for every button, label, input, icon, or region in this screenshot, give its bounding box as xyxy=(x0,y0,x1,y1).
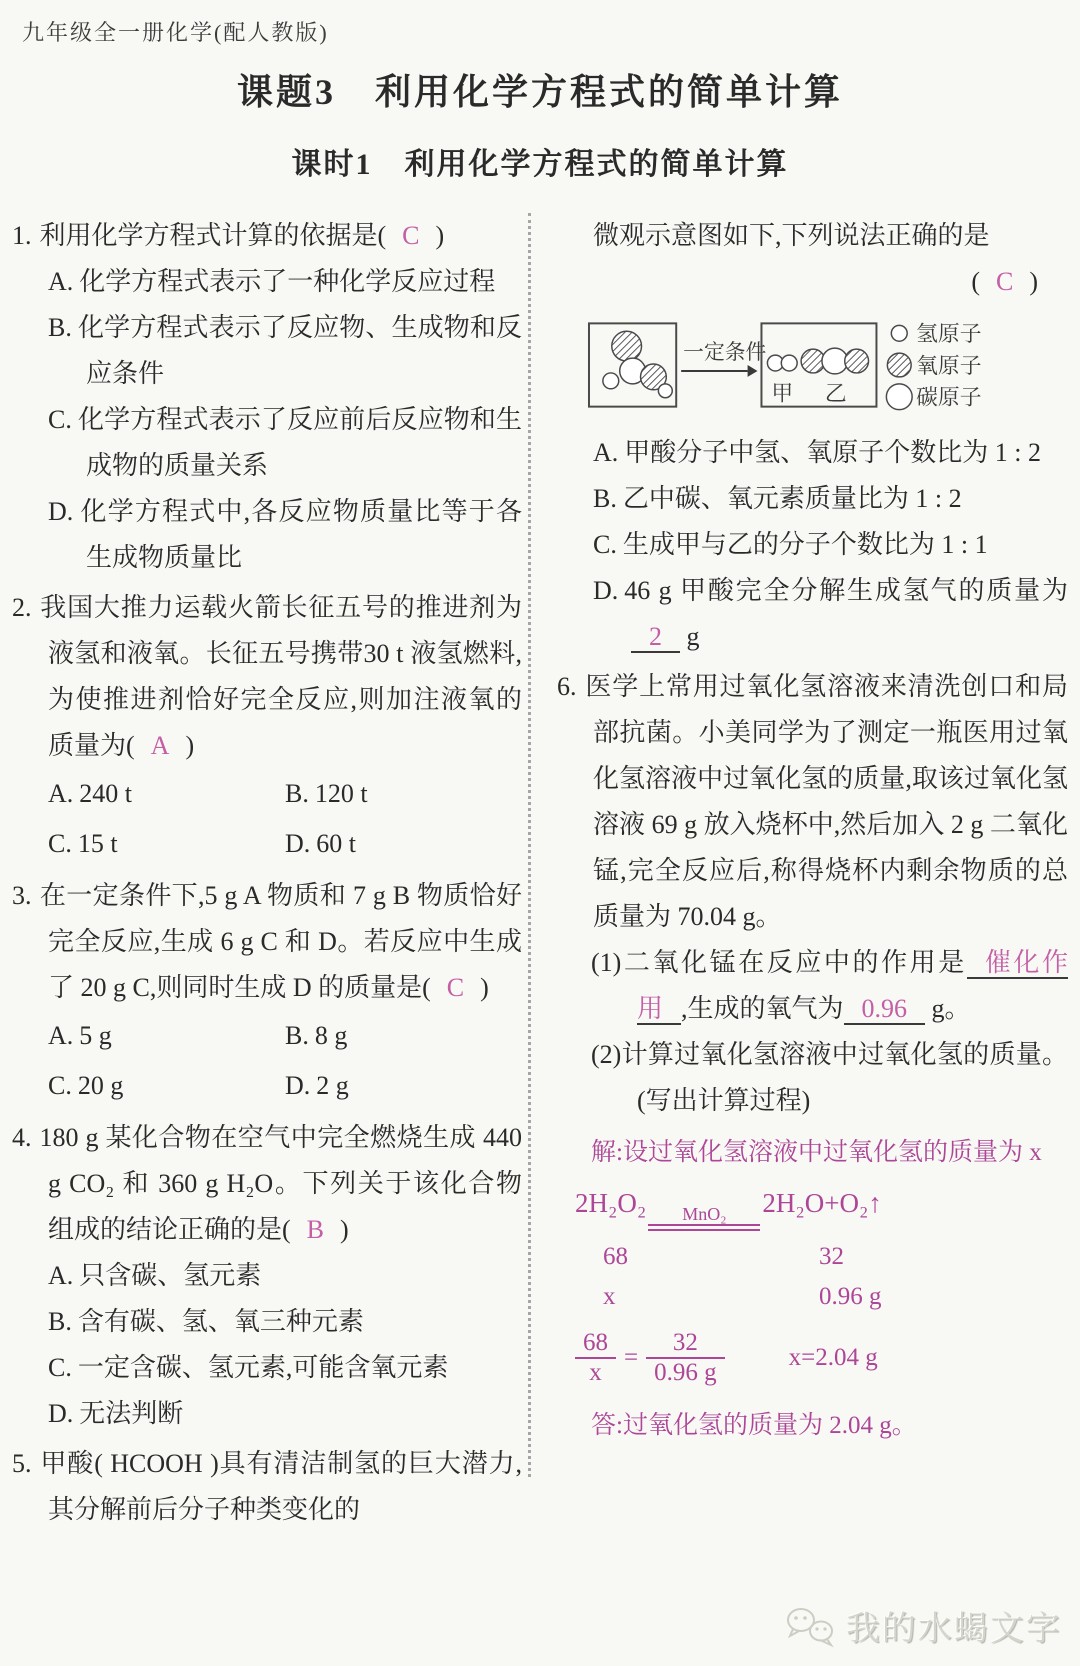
question-5-left-part: 5.甲酸( HCOOH )具有清洁制氢的巨大潜力,其分解前后分子种类变化的 xyxy=(12,1441,522,1533)
option-c: C.15 t xyxy=(48,819,285,869)
label-jia: 甲 xyxy=(771,382,793,406)
option-b: B.化学方程式表示了反应物、生成物和反应条件 xyxy=(48,305,522,397)
question-2: 2.我国大推力运载火箭长征五号的推进剂为液氢和液氧。长征五号携带30 t 液氢燃… xyxy=(12,585,522,869)
option-a: A.只含碳、氢元素 xyxy=(48,1253,522,1299)
hydrogen-atom-icon xyxy=(891,325,907,341)
label-yi: 乙 xyxy=(825,382,847,406)
solved-result: x=2.04 g xyxy=(789,1344,878,1372)
equals-sign: = xyxy=(624,1344,638,1372)
question-3-stem: 3.在一定条件下,5 g A 物质和 7 g B 物质恰好完全反应,生成 6 g… xyxy=(12,873,522,1011)
question-number: 6. xyxy=(557,672,585,701)
question-5-right-part: 微观示意图如下,下列说法正确的是 (C) xyxy=(557,213,1068,660)
part-text: (1)二氧化锰在反应中的作用是 xyxy=(591,948,967,977)
option-label: A. xyxy=(48,779,79,808)
option-text: 化学方程式表示了反应前后反应物和生成物的质量关系 xyxy=(78,405,522,480)
option-text-after: g xyxy=(687,622,700,651)
option-grid: A.240 t B.120 t C.15 t D.60 t xyxy=(48,769,522,869)
answer-letter: C xyxy=(431,973,480,1002)
option-text: 60 t xyxy=(316,829,356,858)
part-text: g。 xyxy=(932,994,971,1023)
option-label: D. xyxy=(593,576,624,605)
reactant-molecule-box xyxy=(589,323,676,406)
numerator: 32 xyxy=(646,1329,725,1359)
question-5-stem: 5.甲酸( HCOOH )具有清洁制氢的巨大潜力,其分解前后分子种类变化的 xyxy=(12,1441,522,1533)
question-2-stem: 2.我国大推力运载火箭长征五号的推进剂为液氢和液氧。长征五号携带30 t 液氢燃… xyxy=(12,585,522,769)
paren-open: ( xyxy=(971,267,980,296)
question-5-stem-continuation: 微观示意图如下,下列说法正确的是 xyxy=(593,213,1068,259)
option-label: C. xyxy=(48,405,78,434)
lesson-title: 课题3 利用化学方程式的简单计算 xyxy=(0,64,1080,115)
question-6-part-1: (1)二氧化锰在反应中的作用是催化作用,生成的氧气为0.96 g。 xyxy=(591,940,1068,1032)
option-grid: A.5 g B.8 g C.20 g D.2 g xyxy=(48,1011,522,1111)
book-edition-header: 九年级全一册化学(配人教版) xyxy=(22,16,329,47)
option-d: D.化学方程式中,各反应物质量比等于各生成物质量比 xyxy=(48,489,522,581)
option-label: B. xyxy=(48,313,78,342)
carbon-atom-icon xyxy=(886,384,912,410)
option-text: 甲酸分子中氢、氧原子个数比为 1 : 2 xyxy=(624,438,1041,467)
option-a: A.5 g xyxy=(48,1011,285,1061)
proportion-row: 68x = 320.96 g x=2.04 g xyxy=(575,1329,1068,1387)
option-text: 一定含碳、氢元素,可能含氧元素 xyxy=(78,1353,449,1382)
right-column: 微观示意图如下,下列说法正确的是 (C) xyxy=(531,213,1080,1537)
option-b: B.乙中碳、氧元素质量比为 1 : 2 xyxy=(593,476,1068,522)
molar-mass-row: 6832 xyxy=(603,1243,1068,1271)
unknown-under-reactant: x xyxy=(603,1283,819,1311)
option-text: 2 g xyxy=(316,1071,349,1100)
option-label: B. xyxy=(285,779,315,808)
stem-text: 利用化学方程式计算的依据是( xyxy=(40,221,387,250)
double-equals-line xyxy=(648,1224,760,1231)
reaction-micro-diagram: 一定条件 甲 乙 xyxy=(587,313,1068,424)
option-label: A. xyxy=(48,1261,79,1290)
mass-under-product: 32 xyxy=(819,1243,844,1271)
option-a: A.240 t xyxy=(48,769,285,819)
option-label: A. xyxy=(48,1021,79,1050)
answer-blank: 2 xyxy=(631,622,680,653)
two-column-layout: 1.利用化学方程式计算的依据是(C) A.化学方程式表示了一种化学反应过程 B.… xyxy=(0,213,1080,1537)
option-c: C.一定含碳、氢元素,可能含氧元素 xyxy=(48,1345,522,1391)
option-text: 无法判断 xyxy=(79,1399,183,1428)
oxygen-atom-icon xyxy=(887,353,911,377)
product-molecules-box: 甲 乙 xyxy=(761,323,876,406)
hydrogen-atom-icon xyxy=(603,373,619,389)
stem-text: 我国大推力运载火箭长征五号的推进剂为液氢和液氧。长征五号携带30 t 液氢燃料,… xyxy=(40,593,523,760)
option-text: 化学方程式中,各反应物质量比等于各生成物质量比 xyxy=(79,497,522,572)
fraction-left: 68x xyxy=(575,1329,616,1387)
option-text: 8 g xyxy=(315,1021,348,1050)
equation-right: 2H₂O+O₂↑ xyxy=(762,1188,882,1218)
legend-oxygen-label: 氧原子 xyxy=(916,354,981,378)
question-6-part-2: (2)计算过氧化氢溶液中过氧化氢的质量。(写出计算过程) xyxy=(591,1032,1068,1124)
chemical-equation: 2H₂O₂MnO₂2H₂O+O₂↑ xyxy=(575,1188,1068,1231)
stem-text: 医学上常用过氧化氢溶液来清洗创口和局部抗菌。小美同学为了测定一瓶医用过氧化氢溶液… xyxy=(585,672,1069,931)
atom-legend: 氢原子 氧原子 碳原子 xyxy=(886,322,981,409)
molecule-diagram-svg: 一定条件 甲 乙 xyxy=(587,313,1043,419)
option-text: 化学方程式表示了一种化学反应过程 xyxy=(79,267,495,296)
workbook-page: { "page_header": "九年级全一册化学(配人教版)", "titl… xyxy=(0,0,1080,1666)
question-1: 1.利用化学方程式计算的依据是(C) A.化学方程式表示了一种化学反应过程 B.… xyxy=(12,213,522,581)
option-label: B. xyxy=(593,484,623,513)
condition-label: 一定条件 xyxy=(683,340,766,364)
stem-close: ) xyxy=(340,1215,349,1244)
value-under-product: 0.96 g xyxy=(819,1283,882,1311)
option-d: D.46 g 甲酸完全分解生成氢气的质量为2 g xyxy=(593,568,1068,660)
option-label: C. xyxy=(48,829,78,858)
option-text: 乙中碳、氧元素质量比为 1 : 2 xyxy=(623,484,962,513)
part-text: ,生成的氧气为 xyxy=(681,994,844,1023)
chat-bubbles-logo-icon xyxy=(784,1604,838,1648)
option-text: 20 g xyxy=(78,1071,124,1100)
fraction-right: 320.96 g xyxy=(646,1329,725,1387)
catalyst-label: MnO₂ xyxy=(682,1204,726,1224)
stem-text: 180 g 某化合物在空气中完全燃烧生成 440 g CO₂ 和 360 g H… xyxy=(40,1123,523,1244)
question-5-answer-line: (C) xyxy=(557,259,1068,305)
oxygen-atom-icon xyxy=(612,331,642,361)
option-c: C.20 g xyxy=(48,1061,285,1111)
option-label: C. xyxy=(48,1353,78,1382)
option-label: C. xyxy=(48,1071,78,1100)
answer-blank: 0.96 xyxy=(844,994,926,1025)
stem-close: ) xyxy=(436,221,445,250)
stem-close: ) xyxy=(185,731,194,760)
answer-letter: B xyxy=(291,1215,340,1244)
denominator: 0.96 g xyxy=(646,1359,725,1387)
question-number: 1. xyxy=(12,221,40,250)
question-6-stem: 6.医学上常用过氧化氢溶液来清洗创口和局部抗菌。小美同学为了测定一瓶医用过氧化氢… xyxy=(557,664,1068,940)
mass-under-reactant: 68 xyxy=(603,1243,819,1271)
option-label: D. xyxy=(48,497,79,526)
solution-intro: 解:设过氧化氢溶液中过氧化氢的质量为 x xyxy=(591,1132,1068,1174)
option-text: 5 g xyxy=(79,1021,112,1050)
option-d: D.2 g xyxy=(285,1061,522,1111)
option-c: C.生成甲与乙的分子个数比为 1 : 1 xyxy=(593,522,1068,568)
oxygen-atom-icon xyxy=(845,349,869,373)
option-label: B. xyxy=(285,1021,315,1050)
option-d: D.60 t xyxy=(285,819,522,869)
equation-condition: MnO₂ xyxy=(648,1204,760,1231)
option-text: 120 t xyxy=(315,779,368,808)
option-text: 只含碳、氢元素 xyxy=(79,1261,261,1290)
stem-close: ) xyxy=(480,973,489,1002)
unknown-row: x0.96 g xyxy=(603,1283,1068,1311)
numerator: 68 xyxy=(575,1329,616,1359)
condition-arrow: 一定条件 xyxy=(681,340,766,377)
answer-letter: C xyxy=(980,267,1029,296)
option-label: C. xyxy=(593,530,623,559)
watermark-text: 我的水蝎文字 xyxy=(846,1601,1062,1650)
option-b: B.120 t xyxy=(285,769,522,819)
option-b: B.8 g xyxy=(285,1011,522,1061)
question-number: 5. xyxy=(12,1449,40,1478)
option-text: 15 t xyxy=(78,829,118,858)
equation-left: 2H₂O₂ xyxy=(575,1188,646,1218)
option-text: 含有碳、氢、氧三种元素 xyxy=(78,1307,364,1336)
stem-text: 甲酸( HCOOH )具有清洁制氢的巨大潜力,其分解前后分子种类变化的 xyxy=(40,1449,523,1524)
option-label: D. xyxy=(285,829,316,858)
worked-solution: 解:设过氧化氢溶液中过氧化氢的质量为 x 2H₂O₂MnO₂2H₂O+O₂↑ 6… xyxy=(557,1132,1068,1447)
question-number: 2. xyxy=(12,593,40,622)
option-label: D. xyxy=(48,1399,79,1428)
hydrogen-atom-icon xyxy=(658,384,672,398)
left-column: 1.利用化学方程式计算的依据是(C) A.化学方程式表示了一种化学反应过程 B.… xyxy=(0,213,528,1537)
question-number: 3. xyxy=(12,881,40,910)
option-d: D.无法判断 xyxy=(48,1391,522,1437)
hydrogen-atom-icon xyxy=(781,355,797,371)
option-label: D. xyxy=(285,1071,316,1100)
question-1-stem: 1.利用化学方程式计算的依据是(C) xyxy=(12,213,522,259)
denominator: x xyxy=(575,1359,616,1387)
legend-hydrogen-label: 氢原子 xyxy=(916,322,981,346)
answer-letter: A xyxy=(135,731,186,760)
option-label: B. xyxy=(48,1307,78,1336)
question-4: 4.180 g 某化合物在空气中完全燃烧生成 440 g CO₂ 和 360 g… xyxy=(12,1115,522,1437)
carbon-atom-icon xyxy=(822,348,848,374)
lesson-subtitle: 课时1 利用化学方程式的简单计算 xyxy=(0,139,1080,183)
question-number: 4. xyxy=(12,1123,40,1152)
option-label: A. xyxy=(48,267,79,296)
option-label: A. xyxy=(593,438,624,467)
option-a: A.甲酸分子中氢、氧原子个数比为 1 : 2 xyxy=(593,430,1068,476)
option-text: 46 g 甲酸完全分解生成氢气的质量为 xyxy=(624,576,1068,605)
solution-answer: 答:过氧化氢的质量为 2.04 g。 xyxy=(591,1405,1068,1447)
option-text: 生成甲与乙的分子个数比为 1 : 1 xyxy=(623,530,988,559)
paren-close: ) xyxy=(1029,267,1038,296)
question-6: 6.医学上常用过氧化氢溶液来清洗创口和局部抗菌。小美同学为了测定一瓶医用过氧化氢… xyxy=(557,664,1068,1447)
legend-carbon-label: 碳原子 xyxy=(916,386,981,410)
watermark: 我的水蝎文字 xyxy=(784,1601,1062,1650)
option-c: C.化学方程式表示了反应前后反应物和生成物的质量关系 xyxy=(48,397,522,489)
question-3: 3.在一定条件下,5 g A 物质和 7 g B 物质恰好完全反应,生成 6 g… xyxy=(12,873,522,1111)
option-text: 化学方程式表示了反应物、生成物和反应条件 xyxy=(78,313,522,388)
option-b: B.含有碳、氢、氧三种元素 xyxy=(48,1299,522,1345)
option-text: 240 t xyxy=(79,779,132,808)
question-4-stem: 4.180 g 某化合物在空气中完全燃烧生成 440 g CO₂ 和 360 g… xyxy=(12,1115,522,1253)
option-a: A.化学方程式表示了一种化学反应过程 xyxy=(48,259,522,305)
answer-letter: C xyxy=(386,221,435,250)
